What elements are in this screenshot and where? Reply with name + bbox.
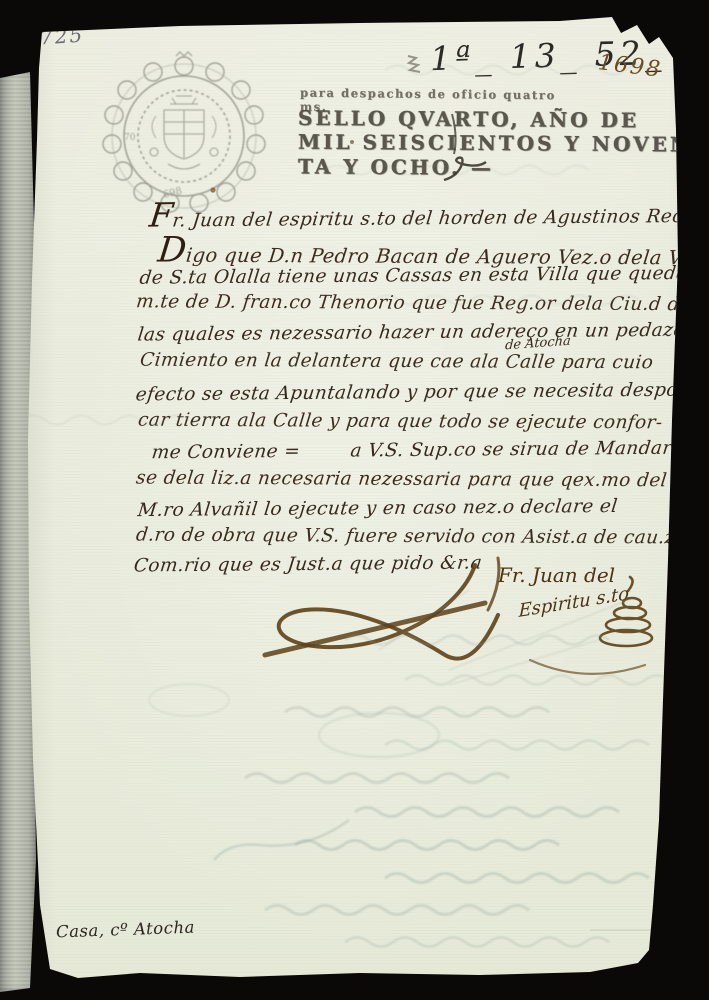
manuscript-scan: 725 bbox=[0, 0, 709, 1000]
manuscript-page: 725 bbox=[0, 0, 709, 1000]
ink-stains bbox=[0, 0, 709, 1000]
